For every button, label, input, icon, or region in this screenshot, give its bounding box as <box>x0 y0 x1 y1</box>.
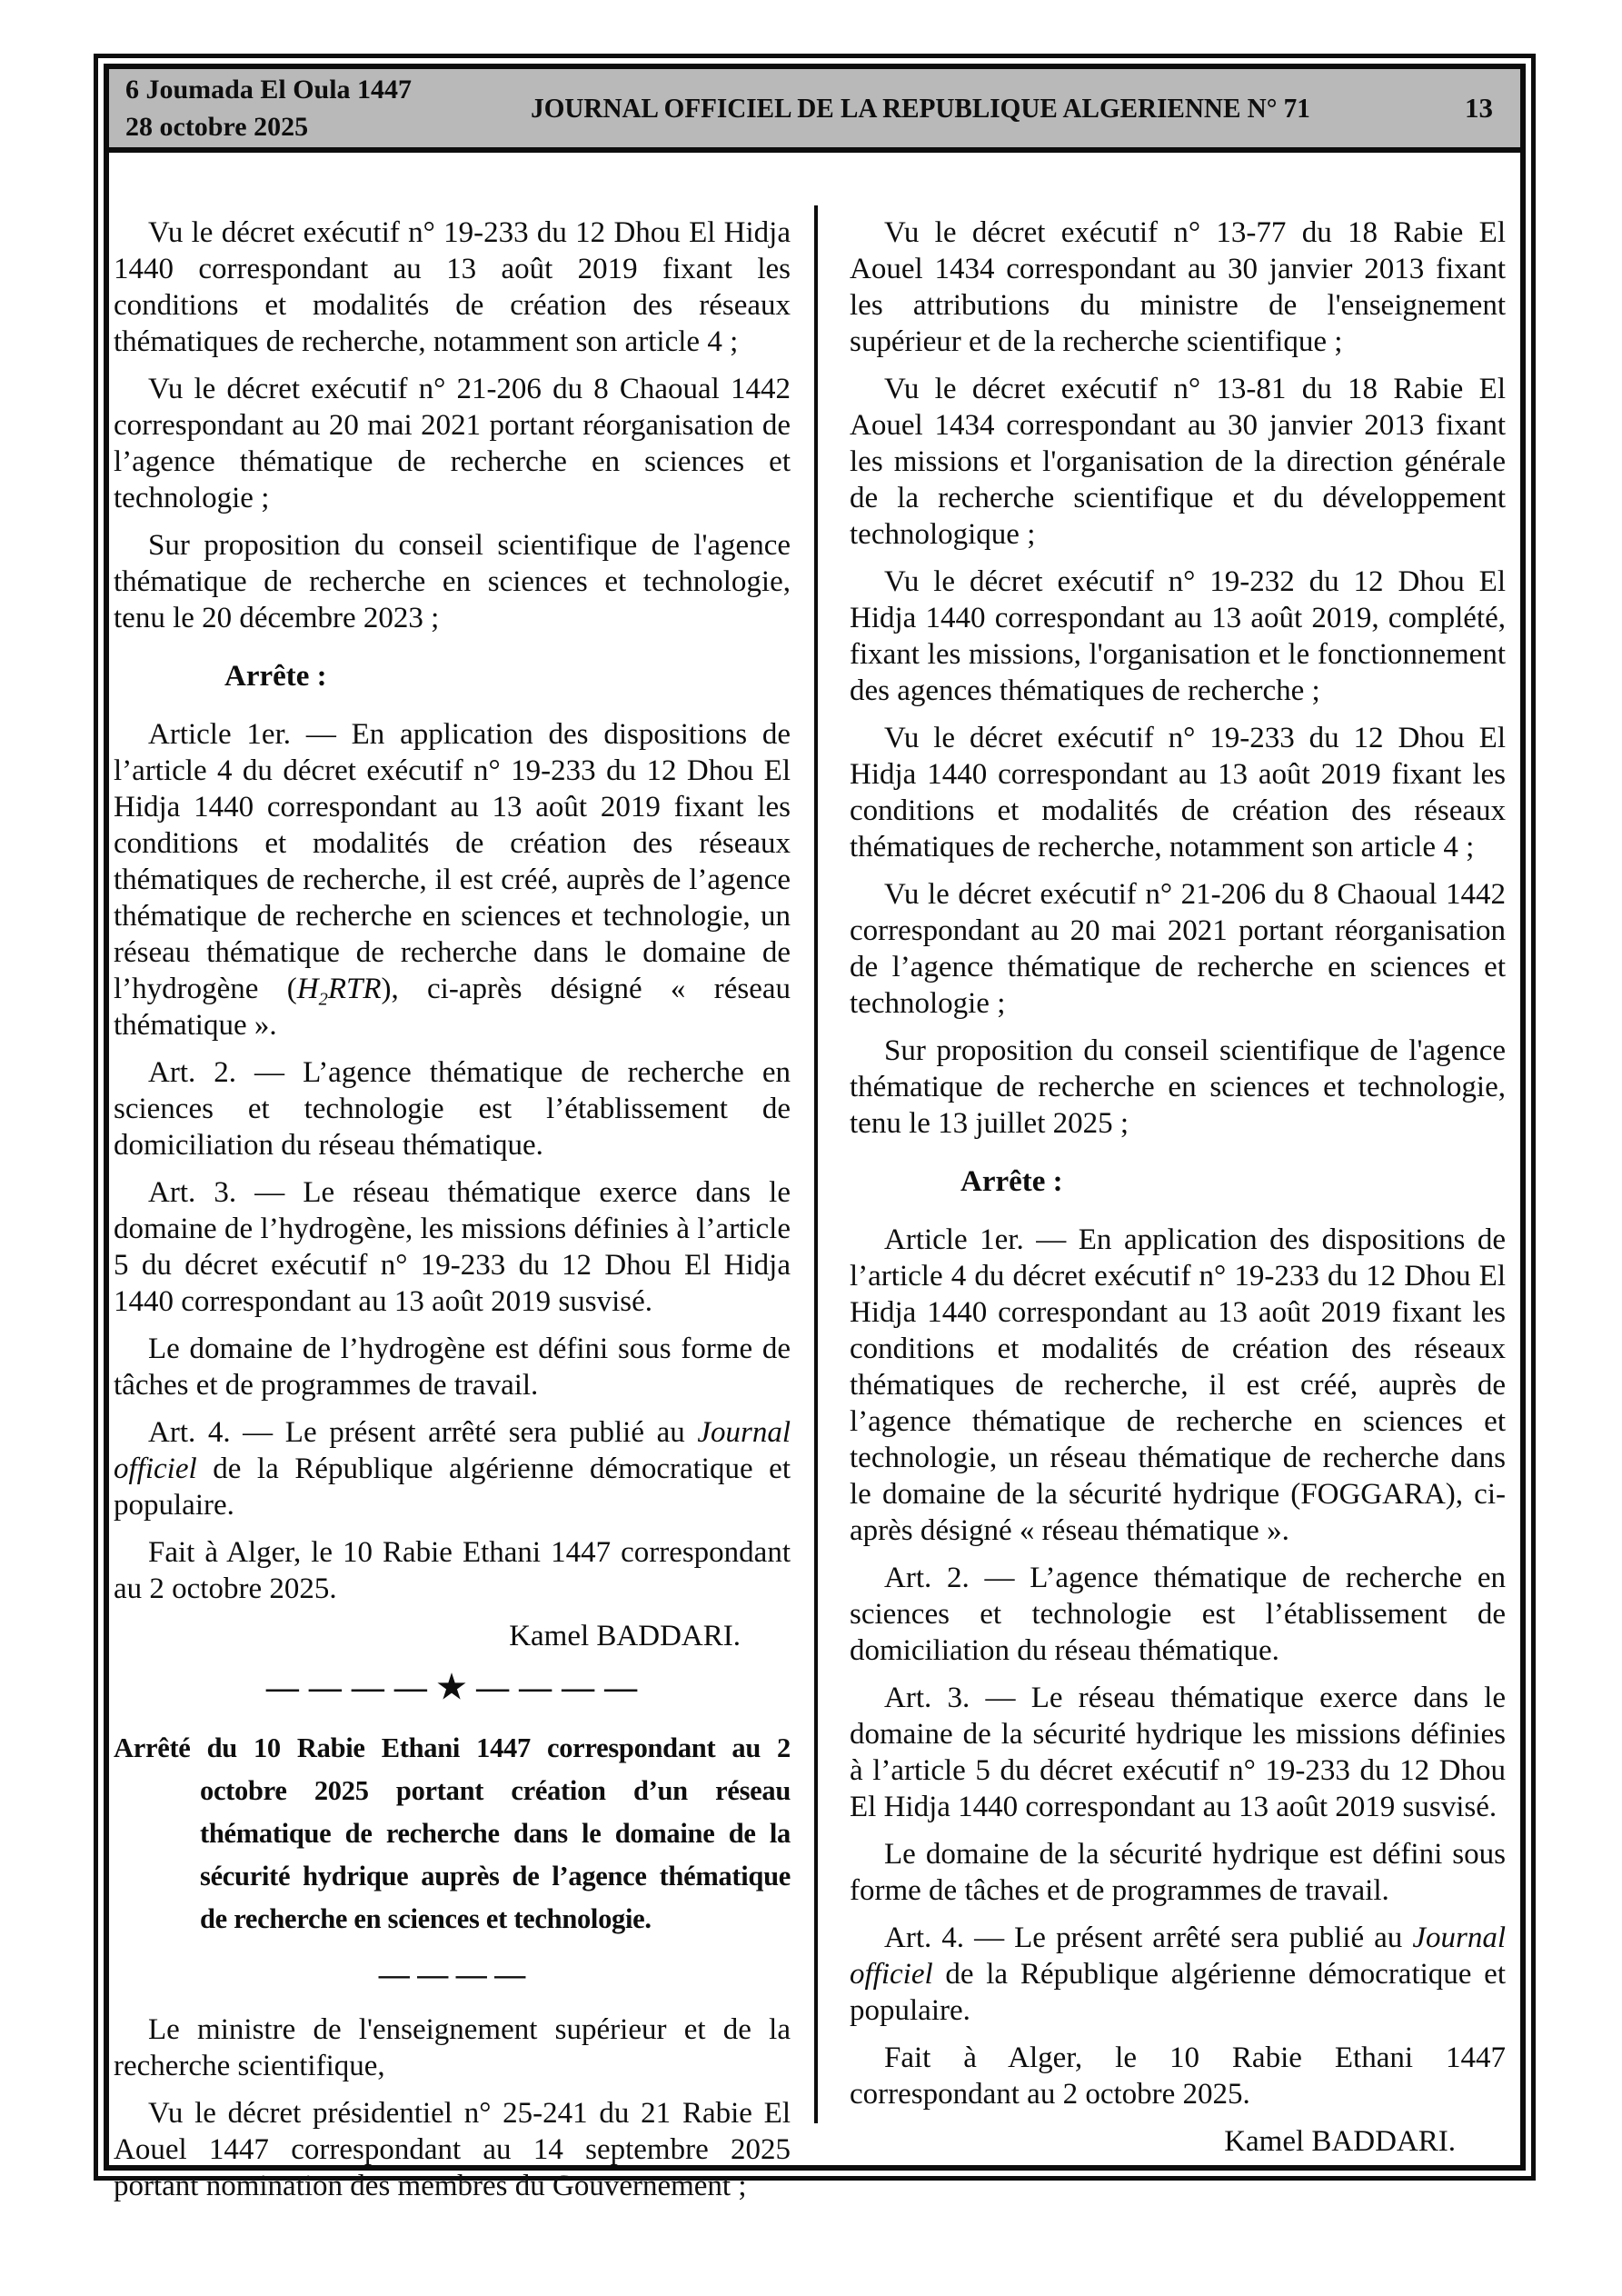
dash-separator: — — — — <box>114 1957 791 1993</box>
column-right: Vu le décret exécutif n° 13-77 du 18 Rab… <box>850 215 1506 2174</box>
text-run: Kamel BADDARI. <box>1224 2125 1456 2158</box>
paragraph: Vu le décret exécutif n° 19-233 du 12 Dh… <box>850 720 1506 865</box>
paragraph: Sur proposition du conseil scientifique … <box>850 1033 1506 1142</box>
text-run: — — — — ★ — — — — <box>266 1669 638 1705</box>
page-frame-inner: 6 Joumada El Oula 1447 28 octobre 2025 J… <box>104 64 1526 2171</box>
header-dates: 6 Joumada El Oula 1447 28 octobre 2025 <box>125 71 412 145</box>
page-root: { "header": { "date_hijri": "6 Joumada E… <box>0 0 1622 2296</box>
text-run: Le domaine de l’hydrogène est défini sou… <box>114 1333 791 1402</box>
text-run: Sur proposition du conseil scientifique … <box>114 529 791 634</box>
paragraph: Le ministre de l'enseignement supérieur … <box>114 2011 791 2084</box>
journal-title: JOURNAL OFFICIEL DE LA REPUBLIQUE ALGERI… <box>443 92 1399 125</box>
text-run: de la République algérienne démocratique… <box>114 1452 791 1522</box>
text-run: H <box>297 973 319 1005</box>
page-header: 6 Joumada El Oula 1447 28 octobre 2025 J… <box>109 69 1520 153</box>
text-run: Fait à Alger, le 10 Rabie Ethani 1447 co… <box>850 2041 1506 2111</box>
paragraph: Art. 4. — Le présent arrêté sera publié … <box>850 1920 1506 2029</box>
text-run: 2 <box>319 990 328 1010</box>
date-gregorian: 28 octobre 2025 <box>125 108 412 145</box>
column-left: Vu le décret exécutif n° 19-233 du 12 Dh… <box>114 215 791 2215</box>
date-hijri: 6 Joumada El Oula 1447 <box>125 71 412 108</box>
paragraph: Art. 3. — Le réseau thématique exerce da… <box>850 1680 1506 1825</box>
page-frame-outer: 6 Joumada El Oula 1447 28 octobre 2025 J… <box>94 54 1536 2181</box>
text-run: Vu le décret exécutif n° 13-81 du 18 Rab… <box>850 373 1506 551</box>
text-run: Art. 4. — Le présent arrêté sera publié … <box>148 1416 697 1449</box>
paragraph: Article 1er. — En application des dispos… <box>114 716 791 1043</box>
paragraph: Le domaine de l’hydrogène est défini sou… <box>114 1331 791 1403</box>
text-run: Fait à Alger, le 10 Rabie Ethani 1447 co… <box>114 1536 791 1605</box>
paragraph: Vu le décret exécutif n° 13-81 du 18 Rab… <box>850 371 1506 553</box>
text-run: RTR <box>328 973 382 1005</box>
text-run: Le ministre de l'enseignement supérieur … <box>114 2013 791 2082</box>
text-run: Vu le décret exécutif n° 19-233 du 12 Dh… <box>114 216 791 358</box>
text-run: Vu le décret exécutif n° 19-233 du 12 Dh… <box>850 722 1506 863</box>
star-separator: — — — — ★ — — — — <box>114 1669 791 1705</box>
paragraph: Fait à Alger, le 10 Rabie Ethani 1447 co… <box>850 2040 1506 2112</box>
paragraph: Vu le décret exécutif n° 19-232 du 12 Dh… <box>850 564 1506 709</box>
paragraph: Art. 2. — L’agence thématique de recherc… <box>114 1054 791 1163</box>
paragraph: Vu le décret exécutif n° 21-206 du 8 Cha… <box>850 876 1506 1022</box>
decree-heading: Arrêté du 10 Rabie Ethani 1447 correspon… <box>114 1727 791 1941</box>
arrete-label: Arrête : <box>224 658 791 694</box>
paragraph: Sur proposition du conseil scientifique … <box>114 527 791 636</box>
text-run: Arrêté du 10 Rabie Ethani 1447 correspon… <box>114 1732 791 1934</box>
paragraph: Article 1er. — En application des dispos… <box>850 1222 1506 1549</box>
text-run: Art. 3. — Le réseau thématique exerce da… <box>114 1176 791 1318</box>
text-run: Vu le décret exécutif n° 19-232 du 12 Dh… <box>850 565 1506 707</box>
text-run: Vu le décret exécutif n° 21-206 du 8 Cha… <box>114 373 791 514</box>
text-run: — — — — <box>379 1958 526 1992</box>
text-run: Arrête : <box>224 660 327 693</box>
text-run: Article 1er. — En application des dispos… <box>114 718 791 1005</box>
text-run: Art. 3. — Le réseau thématique exerce da… <box>850 1682 1506 1823</box>
arrete-label: Arrête : <box>960 1163 1506 1200</box>
paragraph: Le domaine de la sécurité hydrique est d… <box>850 1836 1506 1909</box>
text-run: Art. 2. — L’agence thématique de recherc… <box>850 1562 1506 1667</box>
paragraph: Fait à Alger, le 10 Rabie Ethani 1447 co… <box>114 1534 791 1607</box>
text-run: Le domaine de la sécurité hydrique est d… <box>850 1838 1506 1907</box>
text-run: Arrête : <box>960 1165 1063 1198</box>
text-run: Art. 2. — L’agence thématique de recherc… <box>114 1056 791 1162</box>
paragraph: Vu le décret présidentiel n° 25-241 du 2… <box>114 2095 791 2204</box>
paragraph: Vu le décret exécutif n° 13-77 du 18 Rab… <box>850 215 1506 360</box>
paragraph: Art. 3. — Le réseau thématique exerce da… <box>114 1174 791 1320</box>
text-run: Sur proposition du conseil scientifique … <box>850 1034 1506 1140</box>
text-run: Vu le décret exécutif n° 13-77 du 18 Rab… <box>850 216 1506 358</box>
signature: Kamel BADDARI. <box>850 2123 1506 2160</box>
text-run: de la République algérienne démocratique… <box>850 1958 1506 2027</box>
text-run: Vu le décret exécutif n° 21-206 du 8 Cha… <box>850 878 1506 1020</box>
text-run: Kamel BADDARI. <box>509 1620 741 1652</box>
page-number: 13 <box>1429 92 1493 125</box>
paragraph: Art. 4. — Le présent arrêté sera publié … <box>114 1414 791 1523</box>
text-run: Art. 4. — Le présent arrêté sera publié … <box>884 1922 1412 1954</box>
text-run: Article 1er. — En application des dispos… <box>850 1223 1506 1547</box>
paragraph: Art. 2. — L’agence thématique de recherc… <box>850 1560 1506 1669</box>
page-content: Vu le décret exécutif n° 19-233 du 12 Dh… <box>109 158 1520 2165</box>
paragraph: Vu le décret exécutif n° 19-233 du 12 Dh… <box>114 215 791 360</box>
text-run: Vu le décret présidentiel n° 25-241 du 2… <box>114 2097 791 2202</box>
signature: Kamel BADDARI. <box>114 1618 791 1654</box>
column-divider <box>814 205 818 2123</box>
paragraph: Vu le décret exécutif n° 21-206 du 8 Cha… <box>114 371 791 516</box>
